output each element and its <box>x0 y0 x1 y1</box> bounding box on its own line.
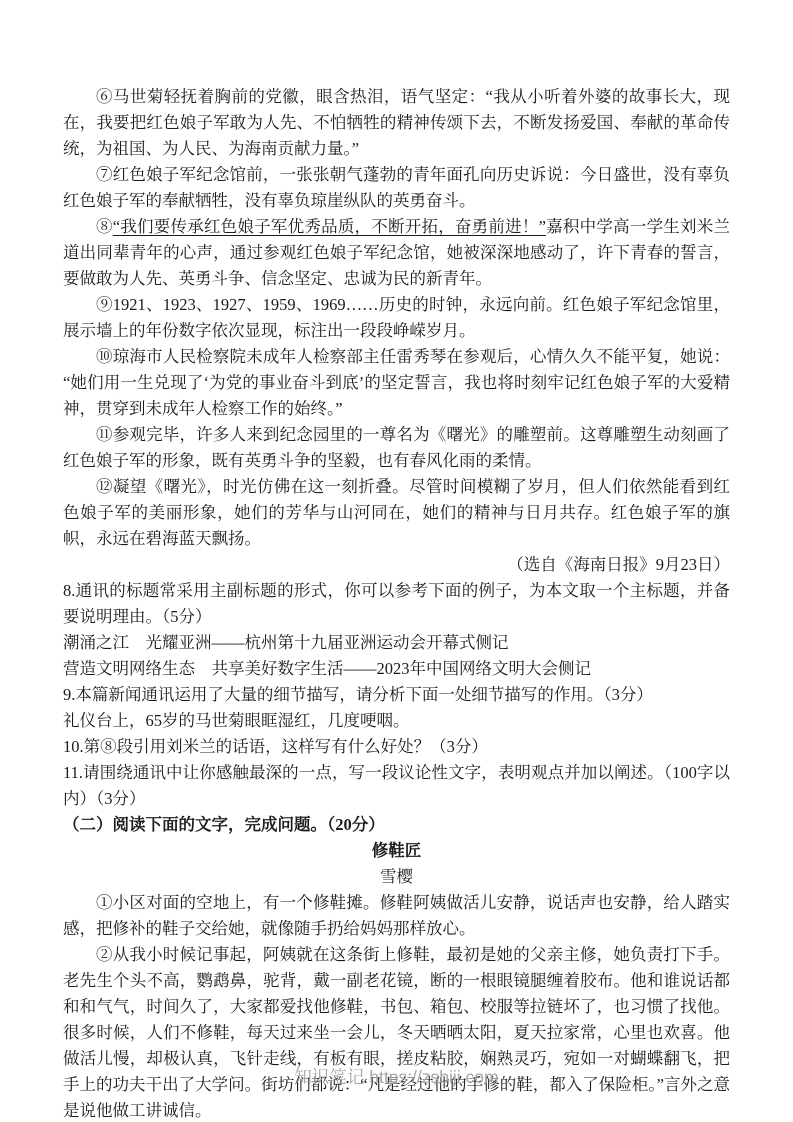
question-8: 8.通讯的标题常采用主副标题的形式，你可以参考下面的例子，为本文取一个主标题，并… <box>63 578 730 630</box>
question-11: 11.请围绕通讯中让你感触最深的一点，写一段议论性文字，表明观点并加以阐述。（1… <box>63 760 730 812</box>
footer-watermark: 知识笔记 https://zsbiji.com <box>0 1064 793 1089</box>
paragraph-12: ⑫凝望《曙光》，时光仿佛在这一刻折叠。尽管时间模糊了岁月，但人们依然能看到红色娘… <box>63 474 730 552</box>
paragraph-6: ⑥马世菊轻抚着胸前的党徽，眼含热泪，语气坚定：“我从小听着外婆的故事长大，现在，… <box>63 84 730 162</box>
exam-page: ⑥马世菊轻抚着胸前的党徽，眼含热泪，语气坚定：“我从小听着外婆的故事长大，现在，… <box>0 0 793 1122</box>
question-9: 9.本篇新闻通讯运用了大量的细节描写，请分析下面一处细节描写的作用。（3分） <box>63 682 730 708</box>
source-attribution: （选自《海南日报》9月23日） <box>63 552 730 578</box>
exam-body: ⑥马世菊轻抚着胸前的党徽，眼含热泪，语气坚定：“我从小听着外婆的故事长大，现在，… <box>63 84 730 1122</box>
essay-author: 雪樱 <box>63 864 730 890</box>
section-2-header: （二）阅读下面的文字，完成问题。（20分） <box>63 812 730 838</box>
essay-paragraph-2: ②从我小时候记事起，阿姨就在这条街上修鞋，最初是她的父亲主修，她负责打下手。老先… <box>63 942 730 1122</box>
essay-paragraph-1: ①小区对面的空地上，有一个修鞋摊。修鞋阿姨做活儿安静，说话声也安静，给人踏实感，… <box>63 890 730 942</box>
paragraph-8-number: ⑧ <box>96 217 113 236</box>
paragraph-11: ⑪参观完毕，许多人来到纪念园里的一尊名为《曙光》的雕塑前。这尊雕塑生动刻画了红色… <box>63 422 730 474</box>
question-9-quote: 礼仪台上，65岁的马世菊眼眶湿红，几度哽咽。 <box>63 708 730 734</box>
paragraph-9: ⑨1921、1923、1927、1959、1969……历史的时钟，永远向前。红色… <box>63 292 730 344</box>
paragraph-10: ⑩琼海市人民检察院未成年人检察部主任雷秀琴在参观后，心情久久不能平复，她说：“她… <box>63 344 730 422</box>
question-8-example-1: 潮涌之江 光耀亚洲——杭州第十九届亚洲运动会开幕式侧记 <box>63 630 730 656</box>
question-8-example-2: 营造文明网络生态 共享美好数字生活——2023年中国网络文明大会侧记 <box>63 656 730 682</box>
essay-title: 修鞋匠 <box>63 838 730 864</box>
paragraph-8: ⑧“我们要传承红色娘子军优秀品质，不断开拓，奋勇前进！”嘉积中学高一学生刘米兰道… <box>63 214 730 292</box>
paragraph-7: ⑦红色娘子军纪念馆前，一张张朝气蓬勃的青年面孔向历史诉说：今日盛世，没有辜负红色… <box>63 162 730 214</box>
question-10: 10.第⑧段引用刘米兰的话语，这样写有什么好处？（3分） <box>63 734 730 760</box>
paragraph-8-underlined-quote: “我们要传承红色娘子军优秀品质，不断开拓，奋勇前进！” <box>113 217 546 236</box>
